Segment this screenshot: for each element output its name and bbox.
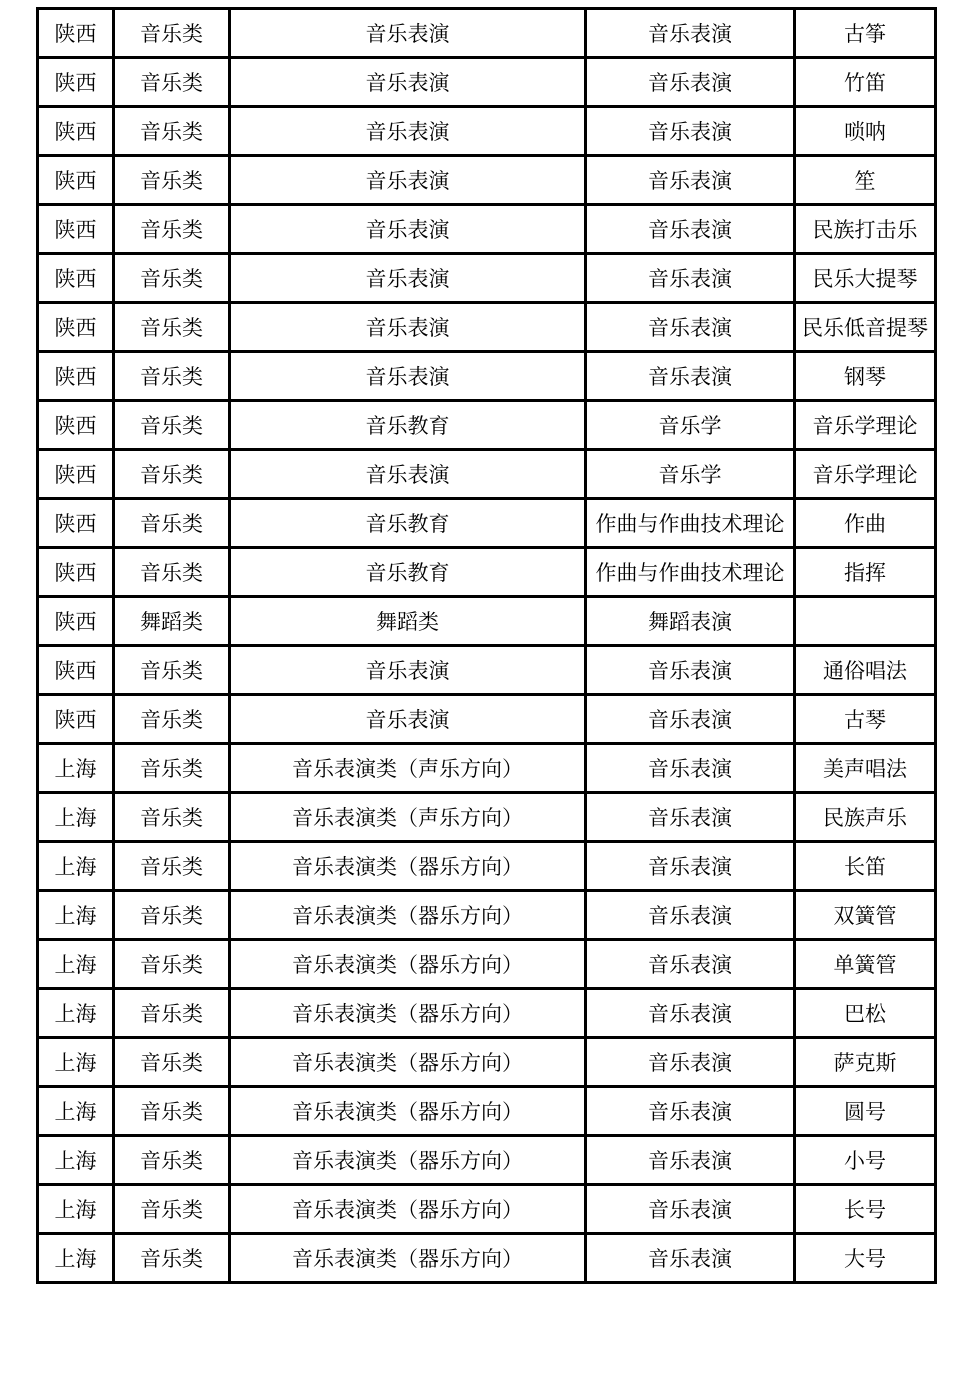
table-row: 上海音乐类音乐表演类（器乐方向）音乐表演圆号 bbox=[38, 1087, 936, 1136]
province-cell: 上海 bbox=[38, 1087, 114, 1136]
province-cell: 上海 bbox=[38, 744, 114, 793]
direction-cell: 通俗唱法 bbox=[795, 646, 936, 695]
major-category-cell: 音乐表演类（器乐方向） bbox=[230, 1136, 586, 1185]
province-cell: 陕西 bbox=[38, 303, 114, 352]
category-cell: 音乐类 bbox=[114, 793, 230, 842]
major-cell: 音乐表演 bbox=[586, 891, 795, 940]
major-cell: 音乐表演 bbox=[586, 107, 795, 156]
table-row: 上海音乐类音乐表演类（器乐方向）音乐表演小号 bbox=[38, 1136, 936, 1185]
table-row: 上海音乐类音乐表演类（器乐方向）音乐表演大号 bbox=[38, 1234, 936, 1283]
category-cell: 音乐类 bbox=[114, 58, 230, 107]
direction-cell: 古筝 bbox=[795, 9, 936, 58]
major-category-cell: 舞蹈类 bbox=[230, 597, 586, 646]
province-cell: 上海 bbox=[38, 793, 114, 842]
province-cell: 陕西 bbox=[38, 352, 114, 401]
province-cell: 上海 bbox=[38, 989, 114, 1038]
province-cell: 陕西 bbox=[38, 254, 114, 303]
major-category-cell: 音乐教育 bbox=[230, 499, 586, 548]
table-row: 陕西音乐类音乐表演音乐表演民乐低音提琴 bbox=[38, 303, 936, 352]
major-cell: 音乐表演 bbox=[586, 156, 795, 205]
province-cell: 陕西 bbox=[38, 450, 114, 499]
province-cell: 上海 bbox=[38, 940, 114, 989]
direction-cell: 萨克斯 bbox=[795, 1038, 936, 1087]
category-cell: 音乐类 bbox=[114, 1087, 230, 1136]
major-category-cell: 音乐表演类（声乐方向） bbox=[230, 744, 586, 793]
province-cell: 陕西 bbox=[38, 548, 114, 597]
province-cell: 陕西 bbox=[38, 646, 114, 695]
category-cell: 音乐类 bbox=[114, 9, 230, 58]
direction-cell: 指挥 bbox=[795, 548, 936, 597]
province-cell: 上海 bbox=[38, 1234, 114, 1283]
major-category-cell: 音乐表演 bbox=[230, 254, 586, 303]
category-cell: 音乐类 bbox=[114, 989, 230, 1038]
table-row: 上海音乐类音乐表演类（器乐方向）音乐表演长笛 bbox=[38, 842, 936, 891]
major-category-cell: 音乐表演类（器乐方向） bbox=[230, 891, 586, 940]
table-row: 上海音乐类音乐表演类（声乐方向）音乐表演民族声乐 bbox=[38, 793, 936, 842]
major-category-cell: 音乐表演类（器乐方向） bbox=[230, 1038, 586, 1087]
major-cell: 音乐表演 bbox=[586, 352, 795, 401]
major-category-cell: 音乐表演 bbox=[230, 303, 586, 352]
category-cell: 音乐类 bbox=[114, 107, 230, 156]
major-cell: 音乐表演 bbox=[586, 793, 795, 842]
category-cell: 舞蹈类 bbox=[114, 597, 230, 646]
major-category-cell: 音乐表演 bbox=[230, 695, 586, 744]
category-cell: 音乐类 bbox=[114, 842, 230, 891]
province-cell: 陕西 bbox=[38, 58, 114, 107]
category-cell: 音乐类 bbox=[114, 646, 230, 695]
category-cell: 音乐类 bbox=[114, 1038, 230, 1087]
major-cell: 作曲与作曲技术理论 bbox=[586, 499, 795, 548]
major-cell: 音乐表演 bbox=[586, 940, 795, 989]
table-body: 陕西音乐类音乐表演音乐表演古筝陕西音乐类音乐表演音乐表演竹笛陕西音乐类音乐表演音… bbox=[38, 9, 936, 1283]
major-category-cell: 音乐表演类（器乐方向） bbox=[230, 1087, 586, 1136]
major-cell: 音乐学 bbox=[586, 450, 795, 499]
direction-cell: 民乐低音提琴 bbox=[795, 303, 936, 352]
table-row: 上海音乐类音乐表演类（器乐方向）音乐表演双簧管 bbox=[38, 891, 936, 940]
direction-cell: 民族声乐 bbox=[795, 793, 936, 842]
table-row: 上海音乐类音乐表演类（声乐方向）音乐表演美声唱法 bbox=[38, 744, 936, 793]
province-cell: 陕西 bbox=[38, 205, 114, 254]
major-cell: 作曲与作曲技术理论 bbox=[586, 548, 795, 597]
table-row: 陕西舞蹈类舞蹈类舞蹈表演 bbox=[38, 597, 936, 646]
direction-cell: 竹笛 bbox=[795, 58, 936, 107]
category-cell: 音乐类 bbox=[114, 1234, 230, 1283]
direction-cell: 小号 bbox=[795, 1136, 936, 1185]
direction-cell: 笙 bbox=[795, 156, 936, 205]
major-cell: 音乐表演 bbox=[586, 205, 795, 254]
major-category-cell: 音乐表演 bbox=[230, 107, 586, 156]
province-cell: 陕西 bbox=[38, 499, 114, 548]
table-row: 陕西音乐类音乐表演音乐学音乐学理论 bbox=[38, 450, 936, 499]
major-cell: 音乐表演 bbox=[586, 695, 795, 744]
major-cell: 舞蹈表演 bbox=[586, 597, 795, 646]
province-cell: 陕西 bbox=[38, 401, 114, 450]
major-category-cell: 音乐表演类（器乐方向） bbox=[230, 940, 586, 989]
category-cell: 音乐类 bbox=[114, 1136, 230, 1185]
province-cell: 陕西 bbox=[38, 9, 114, 58]
direction-cell bbox=[795, 597, 936, 646]
province-cell: 陕西 bbox=[38, 597, 114, 646]
category-cell: 音乐类 bbox=[114, 891, 230, 940]
table-row: 陕西音乐类音乐表演音乐表演民乐大提琴 bbox=[38, 254, 936, 303]
table-row: 陕西音乐类音乐教育作曲与作曲技术理论作曲 bbox=[38, 499, 936, 548]
province-cell: 上海 bbox=[38, 842, 114, 891]
major-cell: 音乐表演 bbox=[586, 58, 795, 107]
category-cell: 音乐类 bbox=[114, 1185, 230, 1234]
major-category-cell: 音乐表演类（声乐方向） bbox=[230, 793, 586, 842]
major-category-cell: 音乐表演 bbox=[230, 58, 586, 107]
category-cell: 音乐类 bbox=[114, 303, 230, 352]
major-category-cell: 音乐表演类（器乐方向） bbox=[230, 1185, 586, 1234]
direction-cell: 古琴 bbox=[795, 695, 936, 744]
major-category-cell: 音乐表演类（器乐方向） bbox=[230, 1234, 586, 1283]
direction-cell: 唢呐 bbox=[795, 107, 936, 156]
province-cell: 陕西 bbox=[38, 107, 114, 156]
direction-cell: 单簧管 bbox=[795, 940, 936, 989]
major-cell: 音乐表演 bbox=[586, 646, 795, 695]
table-row: 陕西音乐类音乐表演音乐表演唢呐 bbox=[38, 107, 936, 156]
major-category-cell: 音乐表演 bbox=[230, 352, 586, 401]
table-row: 陕西音乐类音乐表演音乐表演古筝 bbox=[38, 9, 936, 58]
direction-cell: 音乐学理论 bbox=[795, 401, 936, 450]
direction-cell: 大号 bbox=[795, 1234, 936, 1283]
major-category-cell: 音乐表演 bbox=[230, 9, 586, 58]
major-cell: 音乐表演 bbox=[586, 1038, 795, 1087]
province-cell: 上海 bbox=[38, 1038, 114, 1087]
major-category-cell: 音乐表演类（器乐方向） bbox=[230, 989, 586, 1038]
direction-cell: 圆号 bbox=[795, 1087, 936, 1136]
direction-cell: 作曲 bbox=[795, 499, 936, 548]
category-cell: 音乐类 bbox=[114, 156, 230, 205]
province-cell: 上海 bbox=[38, 1136, 114, 1185]
province-cell: 上海 bbox=[38, 1185, 114, 1234]
direction-cell: 双簧管 bbox=[795, 891, 936, 940]
category-cell: 音乐类 bbox=[114, 205, 230, 254]
major-category-cell: 音乐表演 bbox=[230, 156, 586, 205]
exam-majors-table: 陕西音乐类音乐表演音乐表演古筝陕西音乐类音乐表演音乐表演竹笛陕西音乐类音乐表演音… bbox=[36, 7, 937, 1284]
major-cell: 音乐表演 bbox=[586, 9, 795, 58]
major-cell: 音乐表演 bbox=[586, 254, 795, 303]
table-row: 陕西音乐类音乐教育作曲与作曲技术理论指挥 bbox=[38, 548, 936, 597]
direction-cell: 巴松 bbox=[795, 989, 936, 1038]
major-category-cell: 音乐教育 bbox=[230, 548, 586, 597]
direction-cell: 民族打击乐 bbox=[795, 205, 936, 254]
category-cell: 音乐类 bbox=[114, 254, 230, 303]
direction-cell: 音乐学理论 bbox=[795, 450, 936, 499]
major-cell: 音乐表演 bbox=[586, 744, 795, 793]
province-cell: 陕西 bbox=[38, 695, 114, 744]
category-cell: 音乐类 bbox=[114, 548, 230, 597]
major-cell: 音乐表演 bbox=[586, 1136, 795, 1185]
category-cell: 音乐类 bbox=[114, 499, 230, 548]
table-row: 陕西音乐类音乐表演音乐表演笙 bbox=[38, 156, 936, 205]
table-row: 陕西音乐类音乐表演音乐表演古琴 bbox=[38, 695, 936, 744]
category-cell: 音乐类 bbox=[114, 352, 230, 401]
major-cell: 音乐表演 bbox=[586, 1087, 795, 1136]
category-cell: 音乐类 bbox=[114, 401, 230, 450]
direction-cell: 民乐大提琴 bbox=[795, 254, 936, 303]
major-cell: 音乐表演 bbox=[586, 1234, 795, 1283]
table-row: 上海音乐类音乐表演类（器乐方向）音乐表演巴松 bbox=[38, 989, 936, 1038]
major-cell: 音乐表演 bbox=[586, 303, 795, 352]
major-cell: 音乐学 bbox=[586, 401, 795, 450]
table-row: 陕西音乐类音乐表演音乐表演通俗唱法 bbox=[38, 646, 936, 695]
major-category-cell: 音乐表演 bbox=[230, 205, 586, 254]
table-row: 上海音乐类音乐表演类（器乐方向）音乐表演单簧管 bbox=[38, 940, 936, 989]
table-row: 陕西音乐类音乐表演音乐表演民族打击乐 bbox=[38, 205, 936, 254]
major-category-cell: 音乐教育 bbox=[230, 401, 586, 450]
table-row: 陕西音乐类音乐教育音乐学音乐学理论 bbox=[38, 401, 936, 450]
direction-cell: 钢琴 bbox=[795, 352, 936, 401]
province-cell: 上海 bbox=[38, 891, 114, 940]
major-cell: 音乐表演 bbox=[586, 1185, 795, 1234]
major-category-cell: 音乐表演 bbox=[230, 646, 586, 695]
direction-cell: 长号 bbox=[795, 1185, 936, 1234]
table-row: 陕西音乐类音乐表演音乐表演钢琴 bbox=[38, 352, 936, 401]
category-cell: 音乐类 bbox=[114, 695, 230, 744]
major-cell: 音乐表演 bbox=[586, 989, 795, 1038]
major-category-cell: 音乐表演 bbox=[230, 450, 586, 499]
table-row: 上海音乐类音乐表演类（器乐方向）音乐表演长号 bbox=[38, 1185, 936, 1234]
direction-cell: 美声唱法 bbox=[795, 744, 936, 793]
direction-cell: 长笛 bbox=[795, 842, 936, 891]
major-category-cell: 音乐表演类（器乐方向） bbox=[230, 842, 586, 891]
table-row: 上海音乐类音乐表演类（器乐方向）音乐表演萨克斯 bbox=[38, 1038, 936, 1087]
category-cell: 音乐类 bbox=[114, 450, 230, 499]
province-cell: 陕西 bbox=[38, 156, 114, 205]
category-cell: 音乐类 bbox=[114, 744, 230, 793]
table-row: 陕西音乐类音乐表演音乐表演竹笛 bbox=[38, 58, 936, 107]
major-cell: 音乐表演 bbox=[586, 842, 795, 891]
category-cell: 音乐类 bbox=[114, 940, 230, 989]
